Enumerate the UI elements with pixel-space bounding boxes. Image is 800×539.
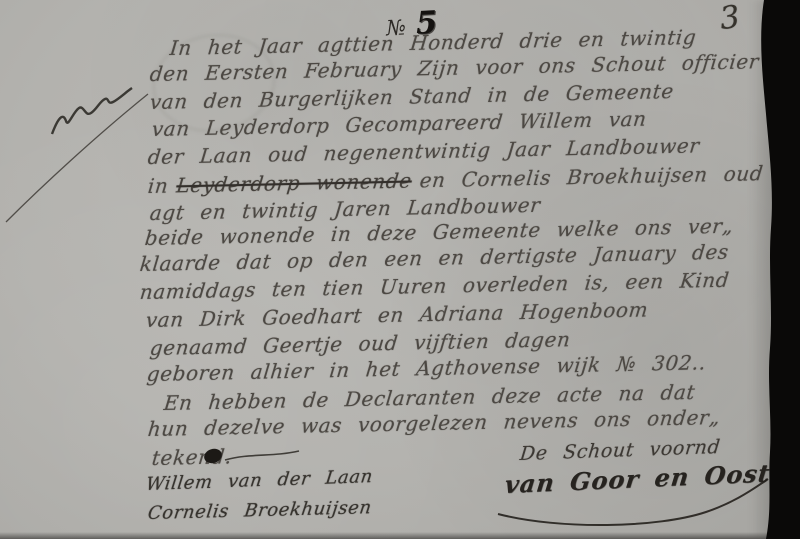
manuscript-line: van Dirk Goedhart en Adriana Hogenboom <box>145 297 650 332</box>
strikethrough-text: Leyderdorp wonende <box>175 168 413 197</box>
line-suffix: en Cornelis Broekhuijsen oud <box>419 161 765 192</box>
manuscript-line: tekend. <box>151 444 234 470</box>
paper-edge-shadow <box>750 0 786 539</box>
margin-paraph-icon <box>0 0 170 240</box>
scanned-document-page: №5 3 In het Jaar agttien Honderd drie en… <box>0 0 800 539</box>
line-prefix: in <box>147 174 170 198</box>
scan-edge-bottom <box>0 532 800 539</box>
schout-title: De Schout voornd <box>519 436 722 465</box>
page-number: 3 <box>718 0 742 37</box>
signature-cornelis-broekhuijsen: Cornelis Broekhuijsen <box>147 497 373 524</box>
signature-willem-van-der-laan: Willem van der Laan <box>145 466 374 495</box>
